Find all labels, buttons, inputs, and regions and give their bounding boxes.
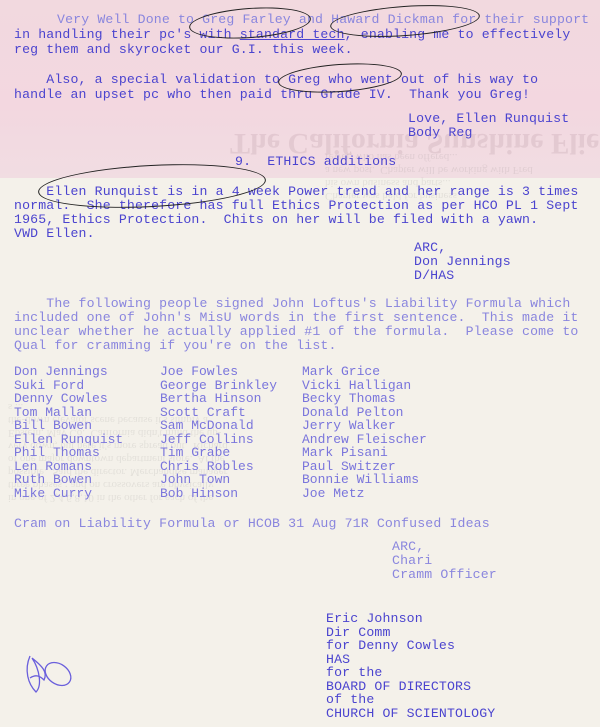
ethics-signer-post: ARC, xyxy=(414,241,446,255)
signer-name: Bob Hinson xyxy=(160,487,277,501)
closing-line: Dir Comm xyxy=(326,626,495,640)
liability-para-line-1: The following people signed John Loftus'… xyxy=(14,297,570,311)
signer-name: Paul Switzer xyxy=(302,460,427,474)
letter-line-1: Very Well Done to Greg Farley and Haward… xyxy=(57,13,589,27)
ethics-signer-title: D/HAS xyxy=(414,269,454,283)
ethics-para-line-3: 1965, Ethics Protection. Chits on her wi… xyxy=(14,213,538,227)
signer-name: Mark Pisani xyxy=(302,446,427,460)
handwritten-initials-icon xyxy=(22,650,78,698)
closing-line: for the xyxy=(326,666,495,680)
signer-name: Sam McDonald xyxy=(160,419,277,433)
signer-name: Denny Cowles xyxy=(14,392,123,406)
signer-name: Bertha Hinson xyxy=(160,392,277,406)
signer-name: Scott Craft xyxy=(160,406,277,420)
signer-name: Jerry Walker xyxy=(302,419,427,433)
signer-name: Mark Grice xyxy=(302,365,427,379)
signer-name: Don Jennings xyxy=(14,365,123,379)
closing-line: for Denny Cowles xyxy=(326,639,495,653)
signer-name: George Brinkley xyxy=(160,379,277,393)
letter-signoff: Love, Ellen Runquist xyxy=(408,112,569,126)
signer-name: Ellen Runquist xyxy=(14,433,123,447)
signer-name: Becky Thomas xyxy=(302,392,427,406)
liability-para-line-4: Qual for cramming if you're on the list. xyxy=(14,339,337,353)
letter-line-4: Also, a special validation to Greg who w… xyxy=(14,73,538,87)
signer-name: Phil Thomas xyxy=(14,446,123,460)
signer-name: John Town xyxy=(160,473,277,487)
cram-signer-name: Chari xyxy=(392,554,432,568)
closing-signature-block: Eric JohnsonDir Commfor Denny CowlesHASf… xyxy=(326,612,495,720)
ethics-heading: 9. ETHICS additions xyxy=(235,155,396,169)
signer-name: Jeff Collins xyxy=(160,433,277,447)
liability-para-line-2: included one of John's MisU words in the… xyxy=(14,311,578,325)
letter-line-5: handle an upset pc who then paid thru Gr… xyxy=(14,88,530,102)
closing-line: Eric Johnson xyxy=(326,612,495,626)
signer-name: Andrew Fleischer xyxy=(302,433,427,447)
closing-line: CHURCH OF SCIENTOLOGY xyxy=(326,707,495,721)
closing-line: BOARD OF DIRECTORS xyxy=(326,680,495,694)
closing-line: HAS xyxy=(326,653,495,667)
signer-name: Joe Metz xyxy=(302,487,427,501)
signer-name: Chris Robles xyxy=(160,460,277,474)
signer-name: Bonnie Williams xyxy=(302,473,427,487)
closing-line: of the xyxy=(326,693,495,707)
signer-name: Bill Bowen xyxy=(14,419,123,433)
signer-name: Donald Pelton xyxy=(302,406,427,420)
signer-name: Suki Ford xyxy=(14,379,123,393)
cram-signer-post: ARC, xyxy=(392,540,424,554)
signer-name: Ruth Bowen xyxy=(14,473,123,487)
cram-instruction: Cram on Liability Formula or HCOB 31 Aug… xyxy=(14,517,490,531)
cram-signer-title: Cramm Officer xyxy=(392,568,497,582)
ethics-signer-name: Don Jennings xyxy=(414,255,511,269)
signer-name: Tim Grabe xyxy=(160,446,277,460)
names-column-3: Mark GriceVicki HalliganBecky ThomasDona… xyxy=(302,365,427,500)
signer-name: Tom Mallan xyxy=(14,406,123,420)
letter-signoff-title: Body Reg xyxy=(408,126,473,140)
signer-name: Joe Fowles xyxy=(160,365,277,379)
ethics-para-line-4: VWD Ellen. xyxy=(14,227,95,241)
signer-name: Len Romans xyxy=(14,460,123,474)
signer-name: Vicki Halligan xyxy=(302,379,427,393)
names-column-1: Don JenningsSuki FordDenny CowlesTom Mal… xyxy=(14,365,123,500)
names-column-2: Joe FowlesGeorge BrinkleyBertha HinsonSc… xyxy=(160,365,277,500)
liability-para-line-3: unclear whether he actually applied #1 o… xyxy=(14,325,578,339)
letter-line-3: reg them and skyrocket our G.I. this wee… xyxy=(14,43,353,57)
signer-name: Mike Curry xyxy=(14,487,123,501)
